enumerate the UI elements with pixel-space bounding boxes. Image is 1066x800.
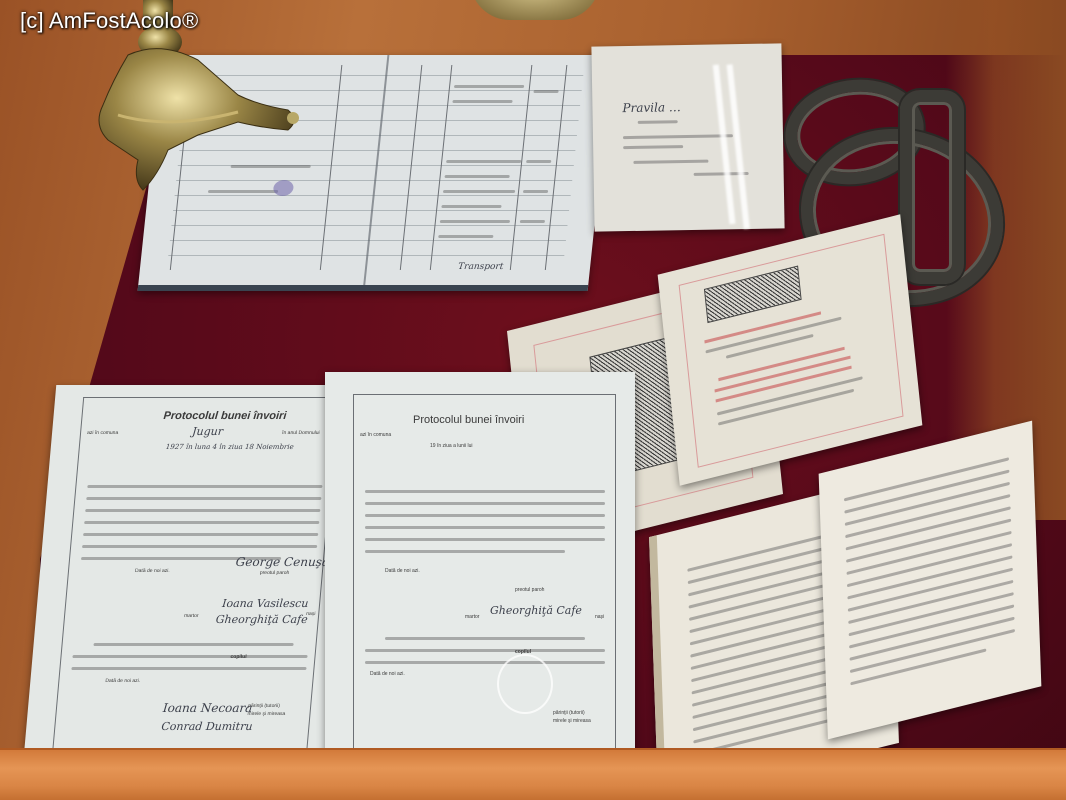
protocol-document-left: Protocolul bunei învoiri azi în comuna J… [24,385,367,757]
watermark: [c] AmFostAcolo® [20,8,198,34]
ring-reflection [497,654,553,714]
case-front-wooden-edge [0,748,1066,800]
display-case-photo: Transport Pravila … [0,0,1066,800]
ledger-footer: Transport [458,262,504,272]
handwritten-notebook: Pravila … [591,43,784,231]
protocol-title-left: Protocolul bunei învoiri [163,410,287,422]
protocol-document-right: Protocolul bunei învoiri azi în comuna 1… [325,372,635,764]
protocol-title-right: Protocolul bunei învoiri [413,414,524,426]
priest-signature: George Cenuşă [235,555,330,569]
